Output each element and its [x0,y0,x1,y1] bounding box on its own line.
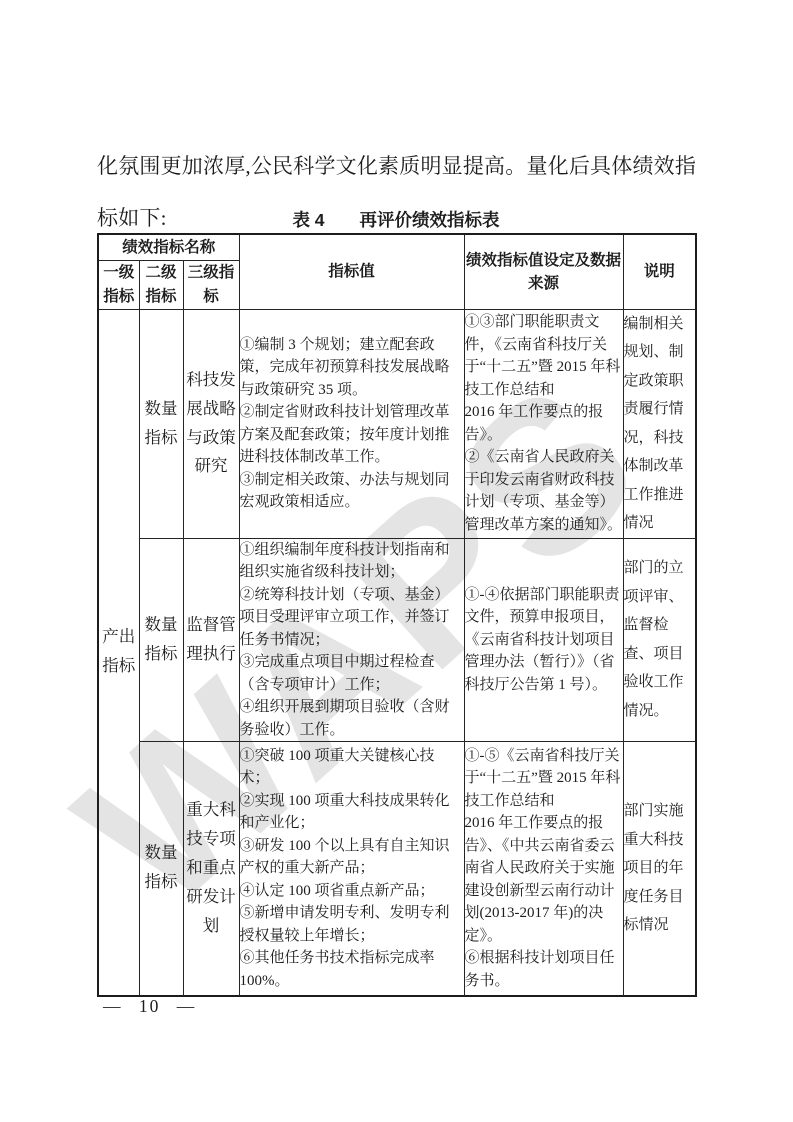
cell-data-source: ①-⑤《云南省科技厅关于“十二五”暨 2015 年科技工作总结和 2016 年工… [464,742,623,996]
table-row: 数量指标 监督管理执行 ①组织编制年度科技计划指南和组织实施省级科技计划； ②统… [98,538,696,742]
document-page: WAPS 化氛围更加浓厚,公民科学文化素质明显提高。量化后具体绩效指 标如下: … [0,0,793,1122]
header-source: 绩效指标值设定及数据来源 [464,234,623,309]
performance-indicator-table: 绩效指标名称 指标值 绩效指标值设定及数据来源 说明 一级指标 二级指标 三级指… [97,233,697,997]
cell-data-source: ①③部门职能职责文件，《云南省科技厅关于“十二五”暨 2015 年科技工作总结和… [464,309,623,538]
header-level3: 三级指标 [183,260,239,309]
table-title: 表 4 再评价绩效指标表 [97,207,695,232]
cell-note: 部门实施重大科技项目的年度任务目标情况 [623,742,696,996]
header-value: 指标值 [239,234,464,309]
cell-level3: 重大科技专项和重点研发计划 [183,742,239,996]
header-level1: 一级指标 [98,260,139,309]
cell-level2: 数量指标 [139,309,183,538]
cell-indicator-value: ①组织编制年度科技计划指南和组织实施省级科技计划； ②统筹科技计划（专项、基金）… [239,538,464,742]
cell-indicator-value: ①突破 100 项重大关键核心技术； ②实现 100 项重大科技成果转化和产业化… [239,742,464,996]
cell-indicator-value: ①编制 3 个规划；建立配套政策，完成年初预算科技发展战略与政策研究 35 项。… [239,309,464,538]
cell-level1-output-indicator: 产出指标 [98,309,139,996]
header-name-group: 绩效指标名称 [98,234,239,260]
header-note: 说明 [623,234,696,309]
cell-note: 部门的立项评审、监督检查、项目验收工作情况。 [623,538,696,742]
cell-level3: 科技发展战略与政策研究 [183,309,239,538]
cell-level2: 数量指标 [139,538,183,742]
table-row: 产出指标 数量指标 科技发展战略与政策研究 ①编制 3 个规划；建立配套政策，完… [98,309,696,538]
cell-level3: 监督管理执行 [183,538,239,742]
cell-level2: 数量指标 [139,742,183,996]
cell-note: 编制相关规划、制定政策职责履行情况，科技体制改革工作推进情况 [623,309,696,538]
header-level2: 二级指标 [139,260,183,309]
table-row: 数量指标 重大科技专项和重点研发计划 ①突破 100 项重大关键核心技术； ②实… [98,742,696,996]
page-number: — 10 — [103,996,196,1017]
header-row-1: 绩效指标名称 指标值 绩效指标值设定及数据来源 说明 [98,234,696,260]
cell-data-source: ①-④依据部门职能职责文件，预算申报项目，《云南省科技计划项目管理办法（暂行）》… [464,538,623,742]
